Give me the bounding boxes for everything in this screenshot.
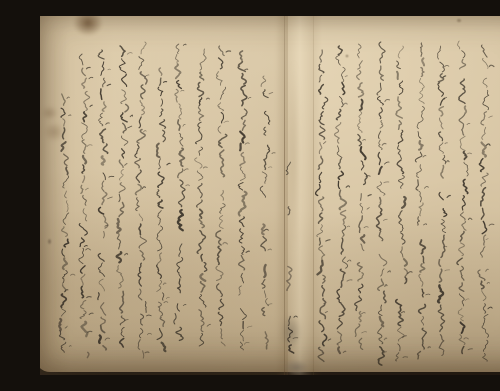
- manuscript-photo: [40, 16, 500, 375]
- manuscript-paper: [40, 16, 500, 372]
